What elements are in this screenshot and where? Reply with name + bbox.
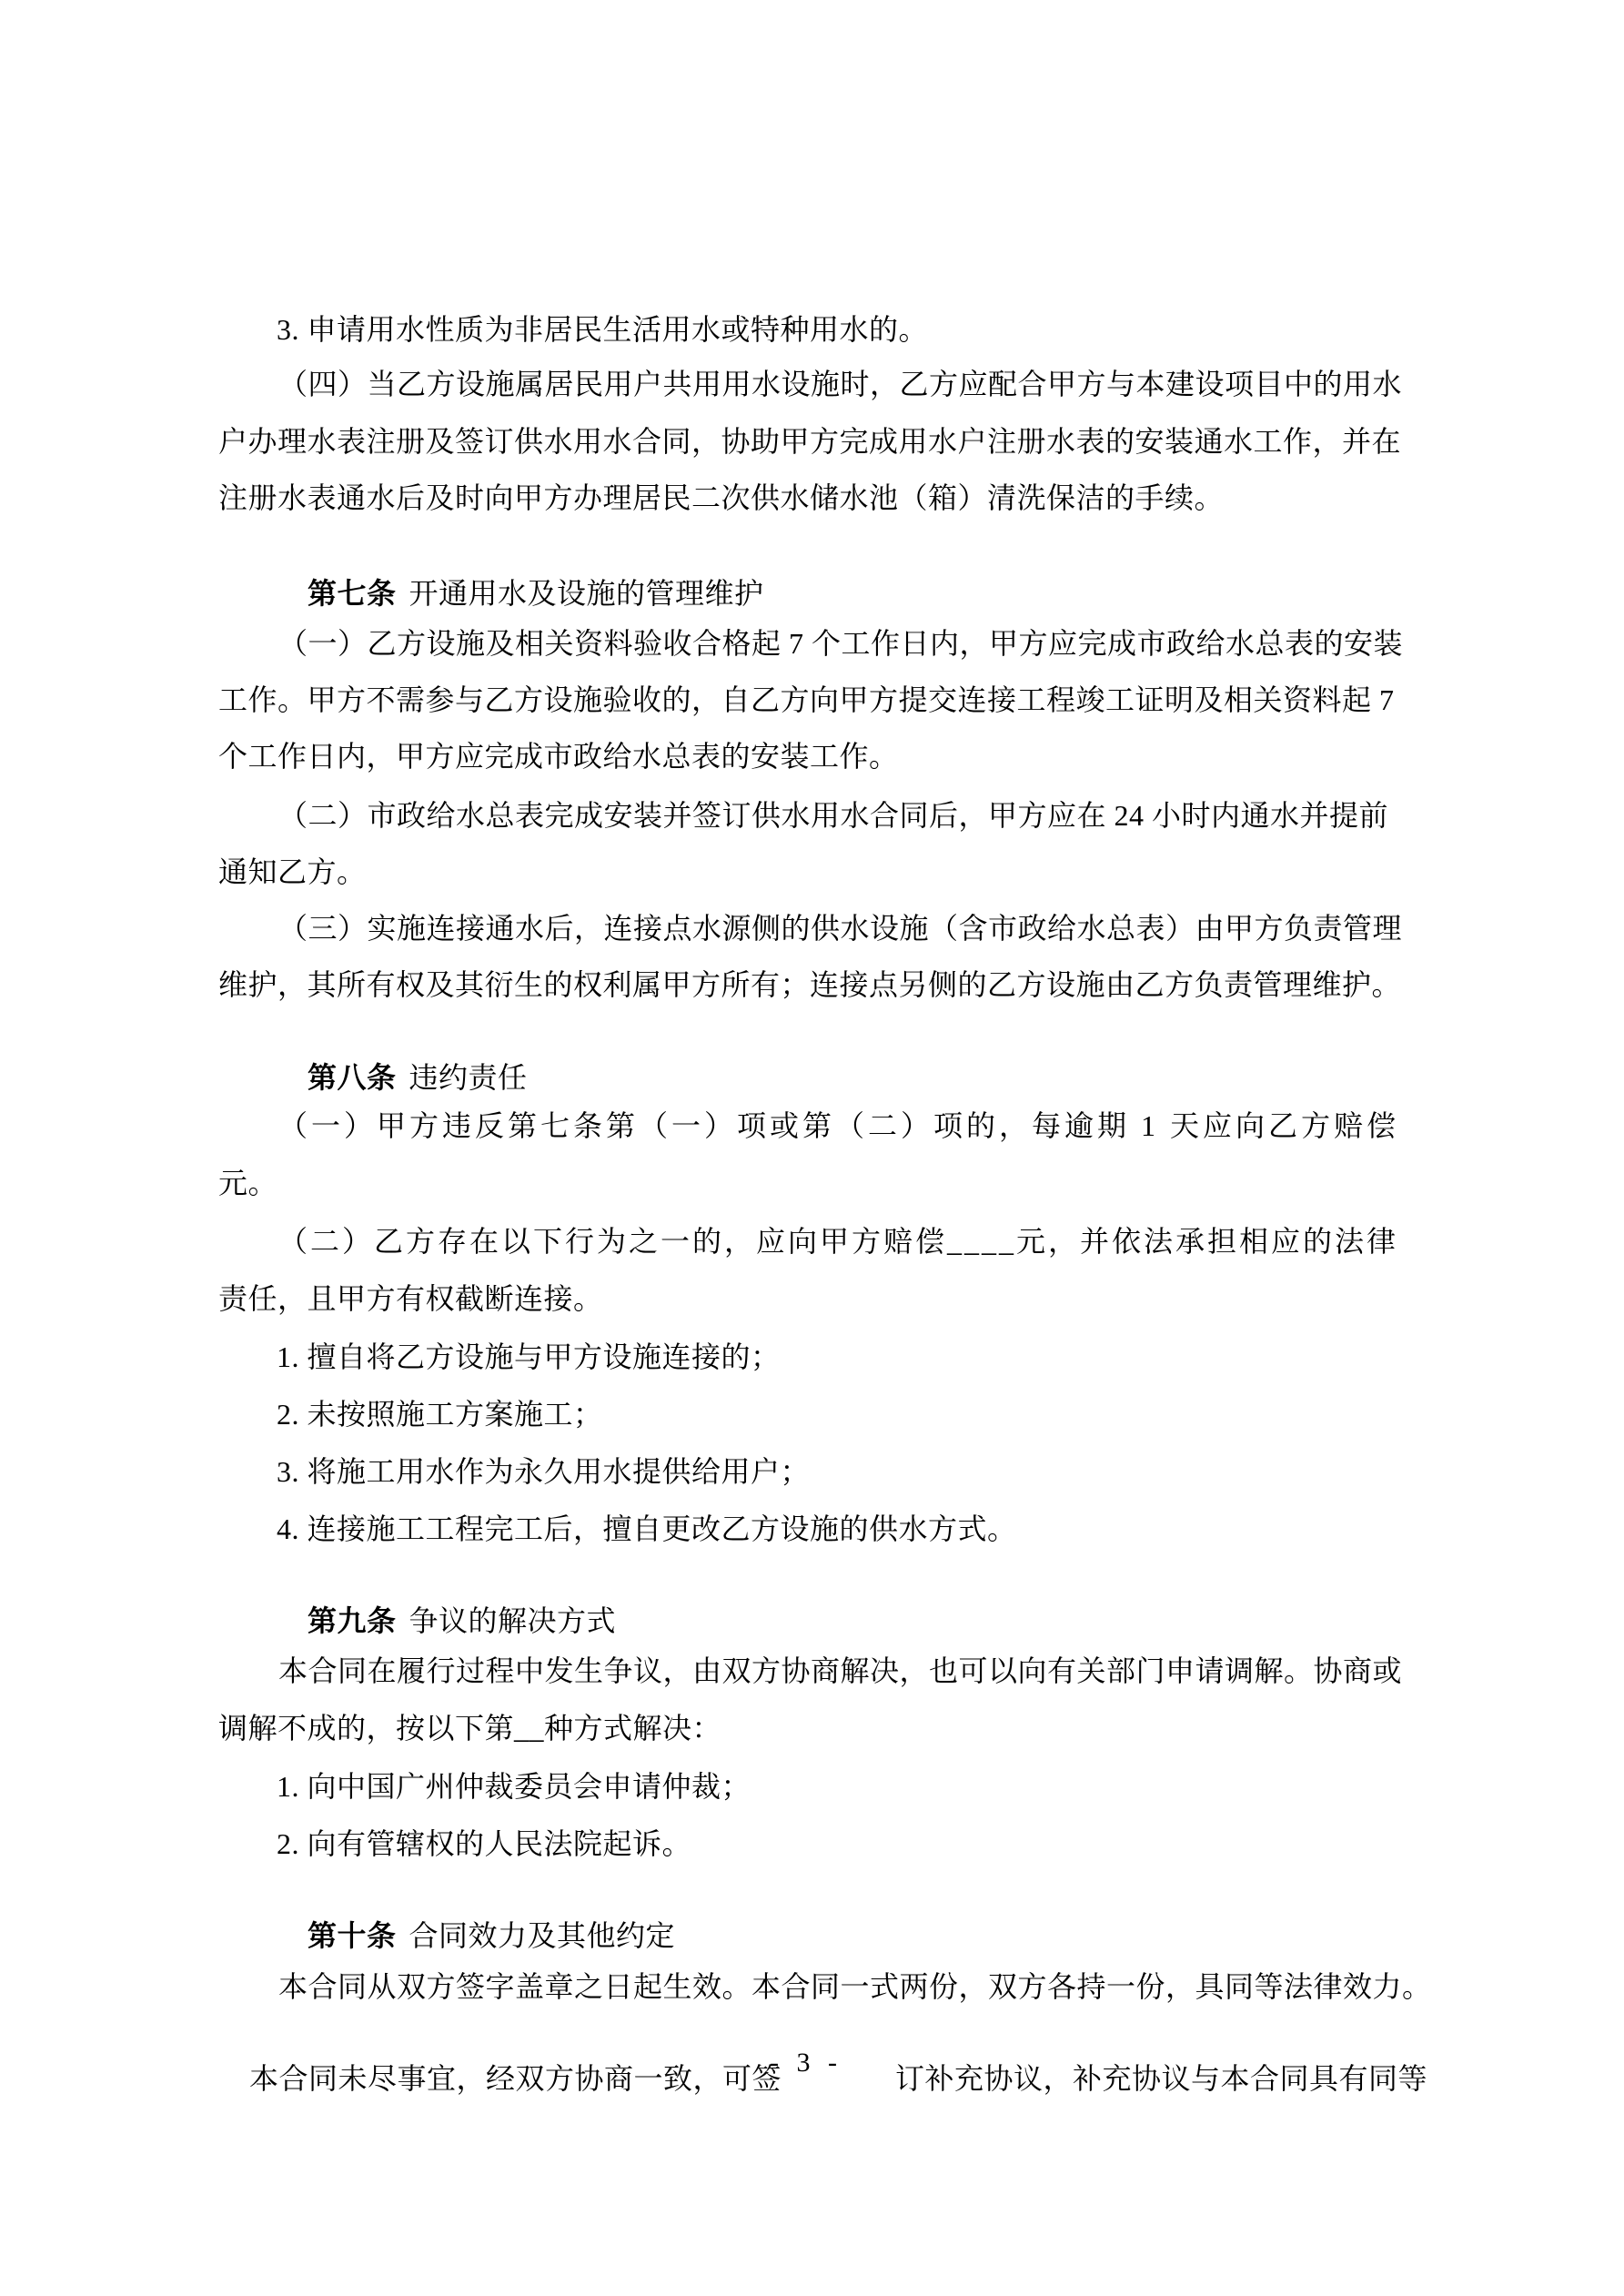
list-item-line: 3. 将施工用水作为永久用水提供给用户； bbox=[277, 1454, 810, 1489]
article-title: 争议的解决方式 bbox=[409, 1604, 617, 1637]
list-item-line: 1. 擅自将乙方设施与甲方设施连接的； bbox=[277, 1340, 781, 1374]
page-number-gap bbox=[782, 2088, 895, 2089]
list-item-line: 3. 申请用水性质为非居民生活用水或特种用水的。 bbox=[277, 312, 928, 347]
page-number: - 3 - bbox=[770, 2048, 842, 2079]
paragraph-line: 本合同从双方签字盖章之日起生效。本合同一式两份，双方各持一份，具同等法律效力。 bbox=[278, 1969, 1432, 2004]
paragraph-line: 本合同在履行过程中发生争议，由双方协商解决，也可以向有关部门申请调解。协商或 bbox=[278, 1654, 1402, 1688]
article-number: 第七条 bbox=[308, 577, 397, 610]
article-title: 违约责任 bbox=[409, 1061, 528, 1094]
paragraph-line: 工作。甲方不需参与乙方设施验收的，自乙方向甲方提交连接工程竣工证明及相关资料起 … bbox=[218, 683, 1395, 717]
paragraph-line: 维护，其所有权及其衍生的权利属甲方所有；连接点另侧的乙方设施由乙方负责管理维护。 bbox=[218, 967, 1401, 1002]
list-item-line: 2. 未按照施工方案施工； bbox=[277, 1397, 603, 1431]
text-before-page-number: 本合同未尽事宜，经双方协商一致，可签 bbox=[249, 2062, 782, 2095]
paragraph-line: （四）当乙方设施属居民用户共用用水设施时，乙方应配合甲方与本建设项目中的用水 bbox=[278, 367, 1402, 401]
paragraph-line: （二）乙方存在以下行为之一的，应向甲方赔偿____元，并依法承担相应的法律 bbox=[278, 1224, 1398, 1259]
paragraph-line: 个工作日内，甲方应完成市政给水总表的安装工作。 bbox=[218, 739, 899, 774]
text-after-page-number: 订补充协议，补充协议与本合同具有同等 bbox=[895, 2062, 1427, 2095]
document-page: 3. 申请用水性质为非居民生活用水或特种用水的。 （四）当乙方设施属居民用户共用… bbox=[0, 0, 1624, 2296]
paragraph-line: 责任，且甲方有权截断连接。 bbox=[218, 1281, 603, 1316]
paragraph-line: 注册水表通水后及时向甲方办理居民二次供水储水池（箱）清洗保洁的手续。 bbox=[218, 480, 1224, 515]
paragraph-line: 通知乙方。 bbox=[218, 855, 367, 889]
list-item-line: 2. 向有管辖权的人民法院起诉。 bbox=[277, 1826, 691, 1861]
article-title: 合同效力及其他约定 bbox=[409, 1919, 676, 1952]
list-item-line: 1. 向中国广州仲裁委员会申请仲裁； bbox=[277, 1769, 751, 1804]
paragraph-line: （三）实施连接通水后，连接点水源侧的供水设施（含市政给水总表）由甲方负责管理 bbox=[278, 911, 1402, 946]
paragraph-line: 元。 bbox=[218, 1166, 277, 1200]
paragraph-line: （一）乙方设施及相关资料验收合格起 7 个工作日内，甲方应完成市政给水总表的安装 bbox=[278, 626, 1403, 661]
list-item-line: 4. 连接施工工程完工后，擅自更改乙方设施的供水方式。 bbox=[277, 1512, 1017, 1546]
paragraph-line: （二）市政给水总表完成安装并签订供水用水合同后，甲方应在 24 小时内通水并提前 bbox=[278, 798, 1388, 833]
article-number: 第九条 bbox=[308, 1604, 397, 1637]
paragraph-line: 调解不成的，按以下第__种方式解决： bbox=[218, 1711, 721, 1745]
article-title: 开通用水及设施的管理维护 bbox=[409, 577, 764, 610]
paragraph-line: 本合同未尽事宜，经双方协商一致，可签订补充协议，补充协议与本合同具有同等 bbox=[218, 2027, 1427, 2130]
paragraph-line: 户办理水表注册及签订供水用水合同，协助甲方完成用水户注册水表的安装通水工作，并在 bbox=[218, 424, 1401, 459]
paragraph-line: （一）甲方违反第七条第（一）项或第（二）项的，每逾期 1 天应向乙方赔偿 bbox=[278, 1108, 1399, 1143]
article-number: 第十条 bbox=[308, 1919, 397, 1952]
article-number: 第八条 bbox=[308, 1061, 397, 1094]
